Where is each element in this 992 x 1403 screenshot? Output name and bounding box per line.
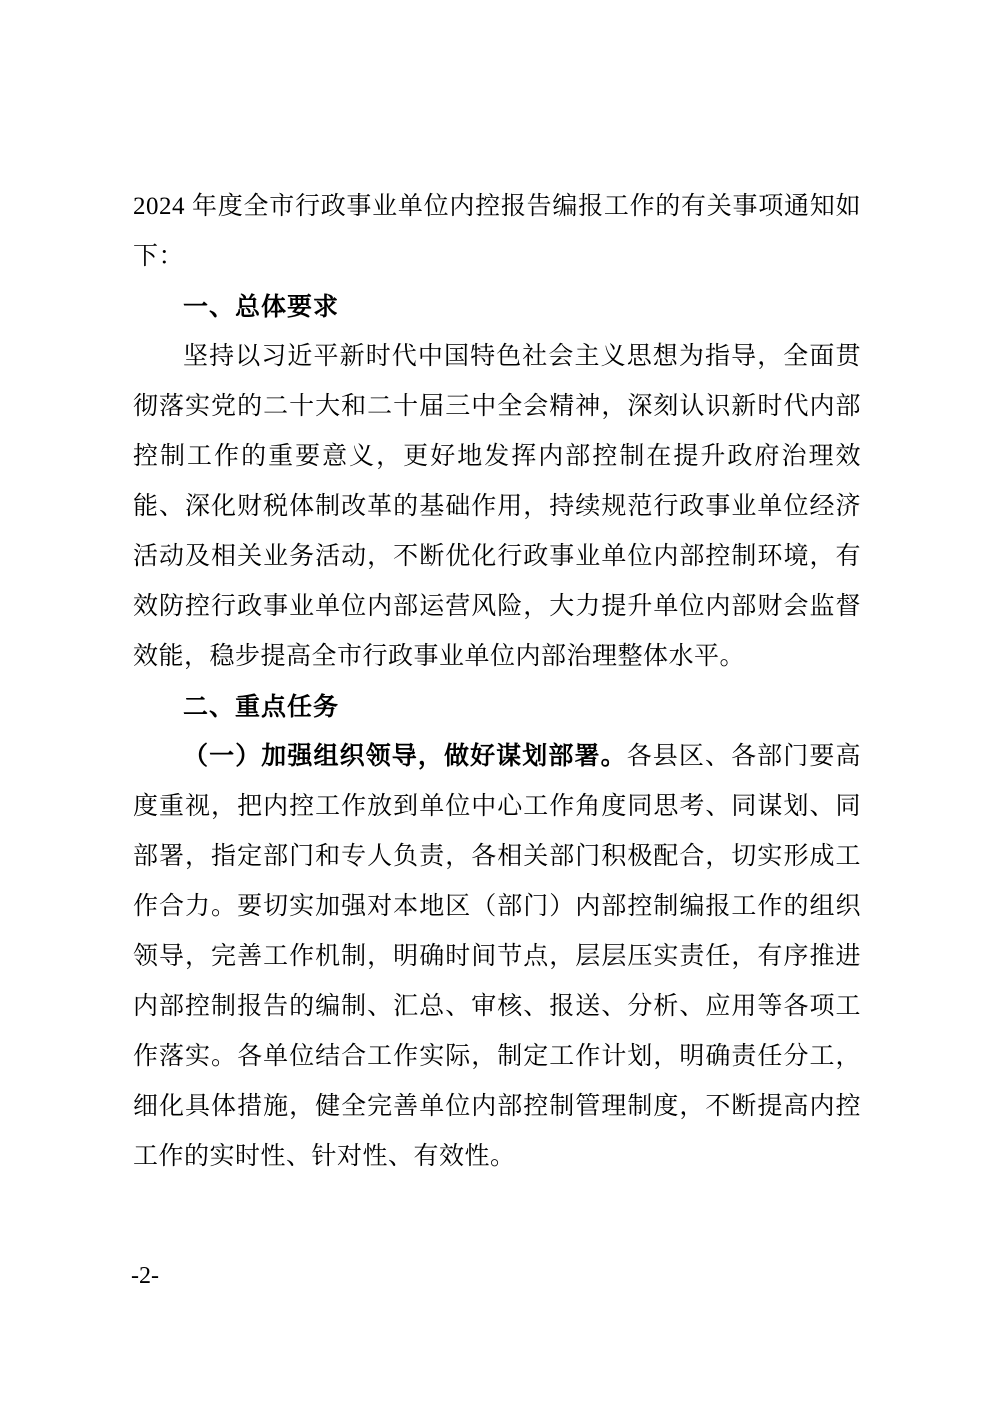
document-page: { "document": { "intro": "2024 年度全市行政事业单… — [0, 0, 992, 1403]
intro-paragraph: 2024 年度全市行政事业单位内控报告编报工作的有关事项通知如下： — [133, 182, 861, 282]
document-body: 2024 年度全市行政事业单位内控报告编报工作的有关事项通知如下： 一、总体要求… — [133, 182, 861, 1182]
page-number: -2- — [131, 1258, 159, 1294]
section-1-heading: 一、总体要求 — [133, 282, 861, 332]
section-2-heading: 二、重点任务 — [133, 682, 861, 732]
item-1-body-text: 各县区、各部门要高度重视，把内控工作放到单位中心工作角度同思考、同谋划、同部署，… — [133, 743, 861, 1170]
item-1-lead-sentence: （一）加强组织领导，做好谋划部署。 — [183, 743, 627, 770]
section-2-item-1: （一）加强组织领导，做好谋划部署。各县区、各部门要高度重视，把内控工作放到单位中… — [133, 732, 861, 1182]
section-1-paragraph: 坚持以习近平新时代中国特色社会主义思想为指导，全面贯彻落实党的二十大和二十届三中… — [133, 332, 861, 682]
